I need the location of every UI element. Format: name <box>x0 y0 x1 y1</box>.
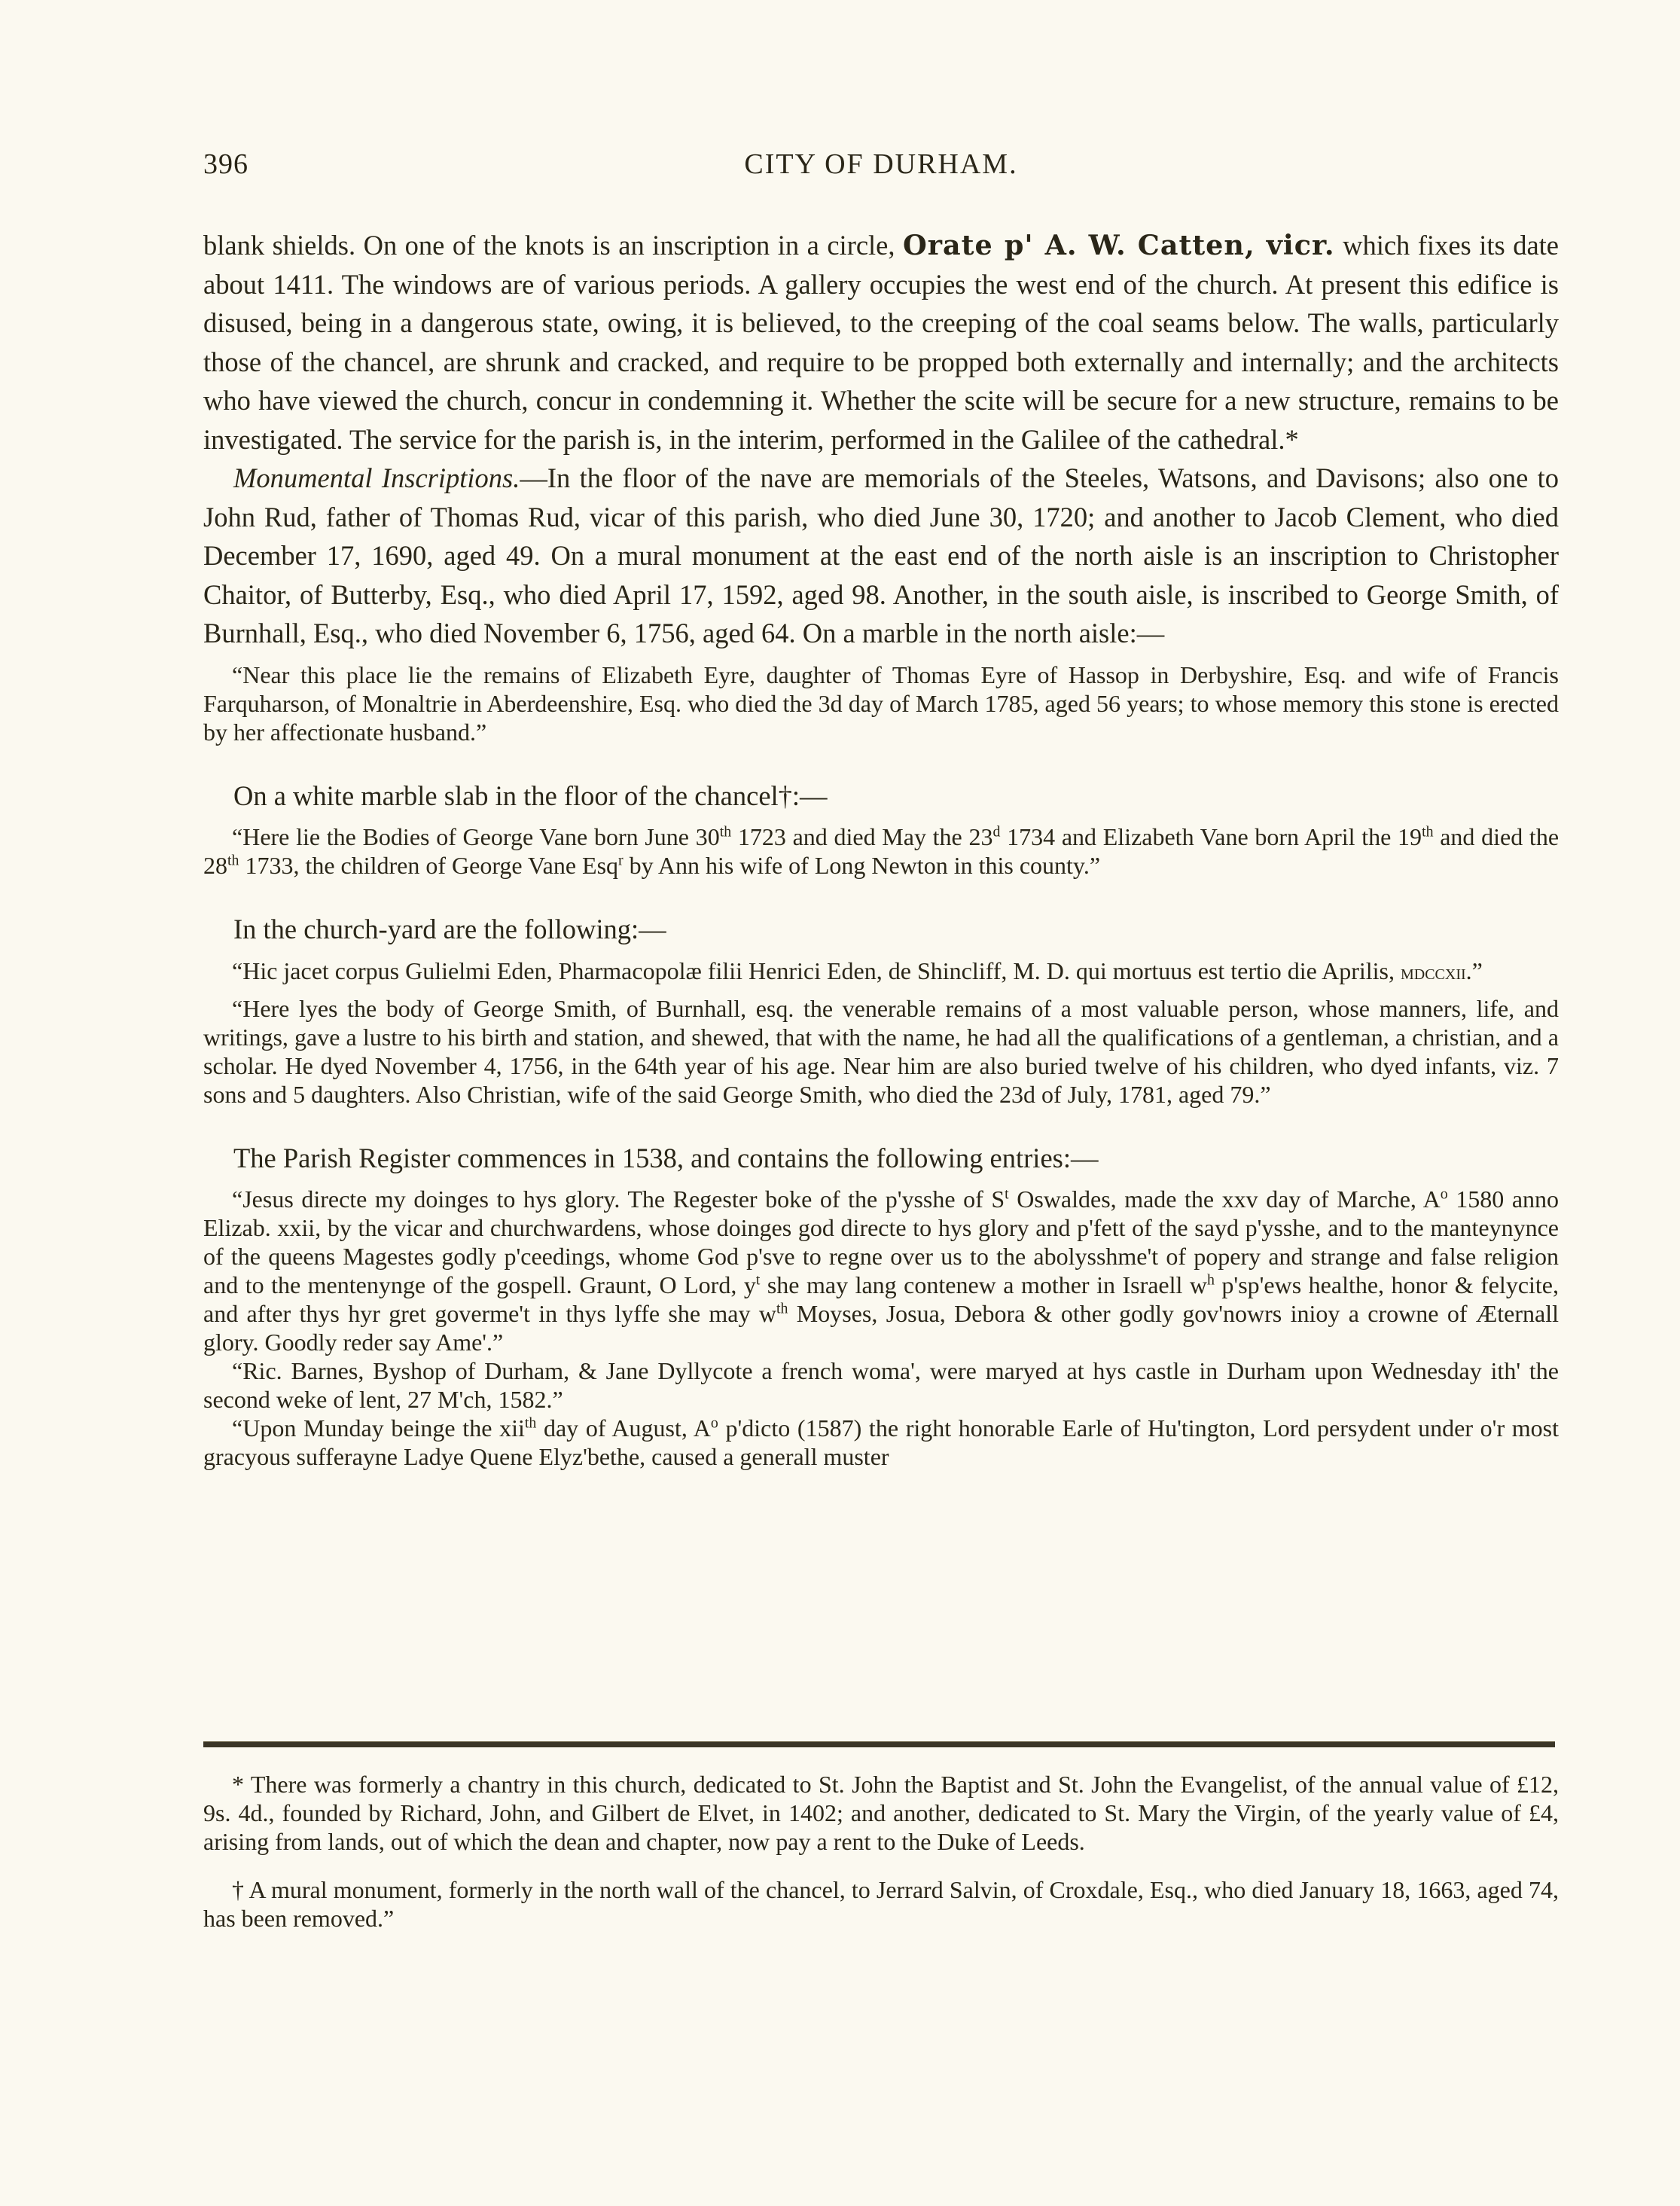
quote-smith: “Here lyes the body of George Smith, of … <box>203 994 1559 1109</box>
footnote-asterisk: * There was formerly a chantry in this c… <box>203 1770 1559 1856</box>
quote-register-munday: “Upon Munday beinge the xiith day of Aug… <box>203 1414 1559 1471</box>
paragraph-monumental-inscriptions: Monumental Inscriptions.—In the floor of… <box>203 459 1559 653</box>
running-head: 396 CITY OF DURHAM. <box>203 143 1559 188</box>
quote-register-barnes: “Ric. Barnes, Byshop of Durham, & Jane D… <box>203 1356 1559 1414</box>
book-page: 396 CITY OF DURHAM. blank shields. On on… <box>203 143 1559 188</box>
blackletter-inscription: Orate p' A. W. Catten, vicr. <box>903 229 1335 261</box>
footnote-dagger: † A mural monument, formerly in the nort… <box>203 1875 1559 1933</box>
running-title: CITY OF DURHAM. <box>203 148 1559 181</box>
paragraph-chancel-slab: On a white marble slab in the floor of t… <box>203 777 1559 816</box>
paragraph-churchyard: In the church-yard are the following:— <box>203 910 1559 949</box>
body-text: blank shields. On one of the knots is an… <box>203 226 1559 1471</box>
footnotes: * There was formerly a chantry in this c… <box>203 1770 1559 1933</box>
footnote-divider <box>203 1741 1555 1747</box>
quote-register-jesus: “Jesus directe my doinges to hys glory. … <box>203 1185 1559 1356</box>
paragraph-parish-register: The Parish Register commences in 1538, a… <box>203 1139 1559 1178</box>
quote-vane: “Here lie the Bodies of George Vane born… <box>203 822 1559 880</box>
quote-eden: “Hic jacet corpus Gulielmi Eden, Pharmac… <box>203 957 1559 987</box>
section-heading: Monumental Inscriptions. <box>233 462 520 493</box>
quote-eyre: “Near this place lie the remains of Eliz… <box>203 661 1559 746</box>
paragraph-church-description: blank shields. On one of the knots is an… <box>203 226 1559 459</box>
